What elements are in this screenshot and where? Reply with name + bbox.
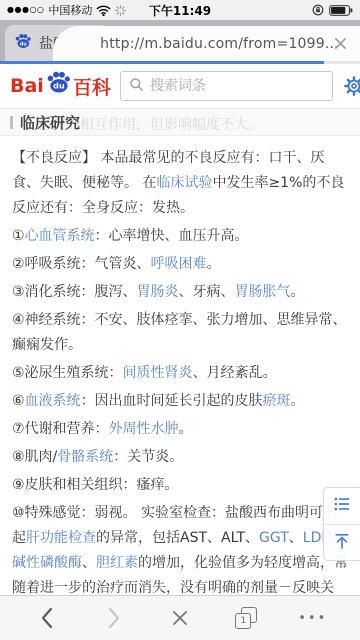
text-segment: ① — [12, 228, 25, 244]
baike-header: Bai du 百科 — [0, 64, 360, 109]
entry-link[interactable]: 胃肠炎 — [137, 284, 179, 300]
entry-link[interactable]: 临床试验 — [156, 175, 212, 191]
floating-tools — [323, 487, 360, 561]
settings-gear-icon[interactable] — [342, 75, 360, 97]
bottom-toolbar: 1 ••• — [0, 595, 360, 640]
entry-link[interactable]: 肝功能检查 — [26, 530, 96, 546]
entry-link[interactable]: 心血管系统 — [25, 228, 95, 244]
url-bar[interactable]: http://m.baidu.com/from=1099... — [53, 26, 360, 61]
tabs-button[interactable]: 1 — [224, 598, 268, 638]
carrier-label: 中国移动 — [48, 2, 92, 18]
logo-baike-text: 百科 — [73, 73, 111, 100]
text-segment: ②呼吸系统：气管炎、 — [12, 256, 151, 272]
text-segment: ⑦代谢和营养： — [12, 421, 109, 437]
entry-link[interactable]: 瘀斑 — [263, 393, 291, 409]
catalog-toc-button[interactable] — [324, 488, 360, 524]
entry-link[interactable]: 碱性磷酸酶 — [12, 555, 82, 571]
text-segment: ③消化系统：腹泻、 — [12, 284, 137, 300]
article-body: 【不良反应】 本品最常见的不良反应有：口干、厌食、失眠、便秘等。 在临床试验中发… — [0, 136, 360, 595]
back-to-top-button[interactable] — [324, 524, 360, 560]
entry-link[interactable]: 血液系统 — [25, 393, 81, 409]
text-segment: 。 — [291, 393, 305, 409]
status-bar-time: 下午11:49 — [149, 2, 211, 19]
text-segment: 。 — [291, 284, 305, 300]
text-segment: 、 — [82, 555, 96, 571]
text-segment: 、 — [289, 530, 303, 546]
baidu-paw-icon: du — [45, 70, 72, 98]
paragraph: ⑥血液系统：因出血时间延长引起的皮肤瘀斑。 — [12, 389, 348, 414]
entry-link[interactable]: 间质性肾炎 — [123, 365, 193, 381]
rotation-lock-icon — [312, 1, 324, 20]
paragraph: ⑦代谢和营养：外周性水肿。 — [12, 417, 348, 442]
baidu-baike-logo[interactable]: Bai du 百科 — [10, 72, 111, 100]
search-icon — [129, 77, 144, 96]
section-title-marker — [10, 116, 13, 129]
paragraph: ②呼吸系统：气管炎、呼吸困难。 — [12, 252, 348, 277]
text-segment: 的异常，包括AST、ALT、 — [96, 530, 259, 546]
forward-button[interactable] — [92, 598, 136, 638]
text-segment: 。 — [207, 256, 221, 272]
tabs-stack-icon: 1 — [235, 607, 257, 629]
paragraph: ①心血管系统：心率增快、血压升高。 — [12, 224, 348, 249]
back-button[interactable] — [25, 598, 69, 638]
status-bar-left: ●●●○○ 中国移动 — [7, 1, 149, 20]
entry-link[interactable]: 外周性水肿 — [109, 421, 179, 437]
text-segment: ④神经系统：不安、肢体痉挛、张力增加、思维异常、癫痫发作。 — [12, 312, 347, 353]
phone-screen: ●●●○○ 中国移动 下午11:49 du 盐酸西布曲明 — [0, 0, 360, 640]
tab-favicon-paw-icon: du — [14, 33, 32, 53]
search-box[interactable] — [120, 71, 333, 101]
status-bar: ●●●○○ 中国移动 下午11:49 — [0, 0, 360, 20]
text-segment: 。 — [179, 421, 193, 437]
text-segment: ⑥ — [12, 393, 25, 409]
url-text: http://m.baidu.com/from=1099... — [74, 36, 339, 52]
paragraph: ⑩特殊感觉：弱视。 实验室检查：盐酸西布曲明可引起肝功能检查的异常，包括AST、… — [12, 501, 348, 595]
text-segment: ⑨皮肤和相关组织：瘙痒。 — [12, 477, 179, 493]
cell-signal-icon: ●●●○○ — [7, 5, 44, 14]
entry-link[interactable]: 胆红素 — [96, 555, 138, 571]
text-segment: 、月经紊乱。 — [193, 365, 277, 381]
status-bar-right — [211, 1, 353, 20]
tab-count-badge: 1 — [235, 613, 251, 629]
section-header: 潜在的相互作用，但影响幅度不大。 临床研究 — [0, 109, 360, 136]
text-segment: ：因出血时间延长引起的皮肤 — [81, 393, 263, 409]
search-input[interactable] — [150, 78, 324, 94]
arrow-up-to-top-icon — [333, 532, 351, 554]
paragraph: ③消化系统：腹泻、胃肠炎、牙病、胃肠胀气。 — [12, 280, 348, 305]
paragraph: ⑧肌肉/骨骼系统：关节炎。 — [12, 445, 348, 470]
more-menu-button[interactable]: ••• — [291, 598, 335, 638]
paragraph: ④神经系统：不安、肢体痉挛、张力增加、思维异常、癫痫发作。 — [12, 308, 348, 358]
logo-du-text: du — [53, 81, 65, 91]
svg-text:du: du — [20, 41, 27, 47]
entry-link[interactable]: 呼吸困难 — [151, 256, 207, 272]
stop-loading-button[interactable] — [331, 35, 349, 53]
logo-bai-text: Bai — [10, 75, 44, 97]
entry-link[interactable]: 骨骼系统 — [57, 449, 113, 465]
more-dots-icon: ••• — [298, 611, 327, 626]
text-segment: ：心率增快、血压升高。 — [95, 228, 249, 244]
close-page-button[interactable] — [158, 598, 202, 638]
battery-icon — [329, 1, 353, 20]
entry-link[interactable]: 胃肠胀气 — [235, 284, 291, 300]
network-activity-spinner-icon — [115, 1, 126, 20]
entry-link[interactable]: GGT — [259, 530, 289, 546]
text-segment: ⑤泌尿生殖系统： — [12, 365, 123, 381]
paragraph: ⑤泌尿生殖系统：间质性肾炎、月经紊乱。 — [12, 361, 348, 386]
catalog-list-icon — [333, 495, 351, 517]
text-segment: 、牙病、 — [179, 284, 235, 300]
paragraph: 【不良反应】 本品最常见的不良反应有：口干、厌食、失眠、便秘等。 在临床试验中发… — [12, 146, 348, 221]
text-segment: ⑧肌肉/ — [12, 449, 57, 465]
browser-tab-bar: du 盐酸西布曲明 http://m.baidu.com/from=1099..… — [0, 20, 360, 61]
text-segment: ：关节炎。 — [113, 449, 183, 465]
paragraph: ⑨皮肤和相关组织：瘙痒。 — [12, 473, 348, 498]
section-title: 临床研究 — [20, 112, 80, 133]
wifi-icon — [96, 1, 111, 20]
